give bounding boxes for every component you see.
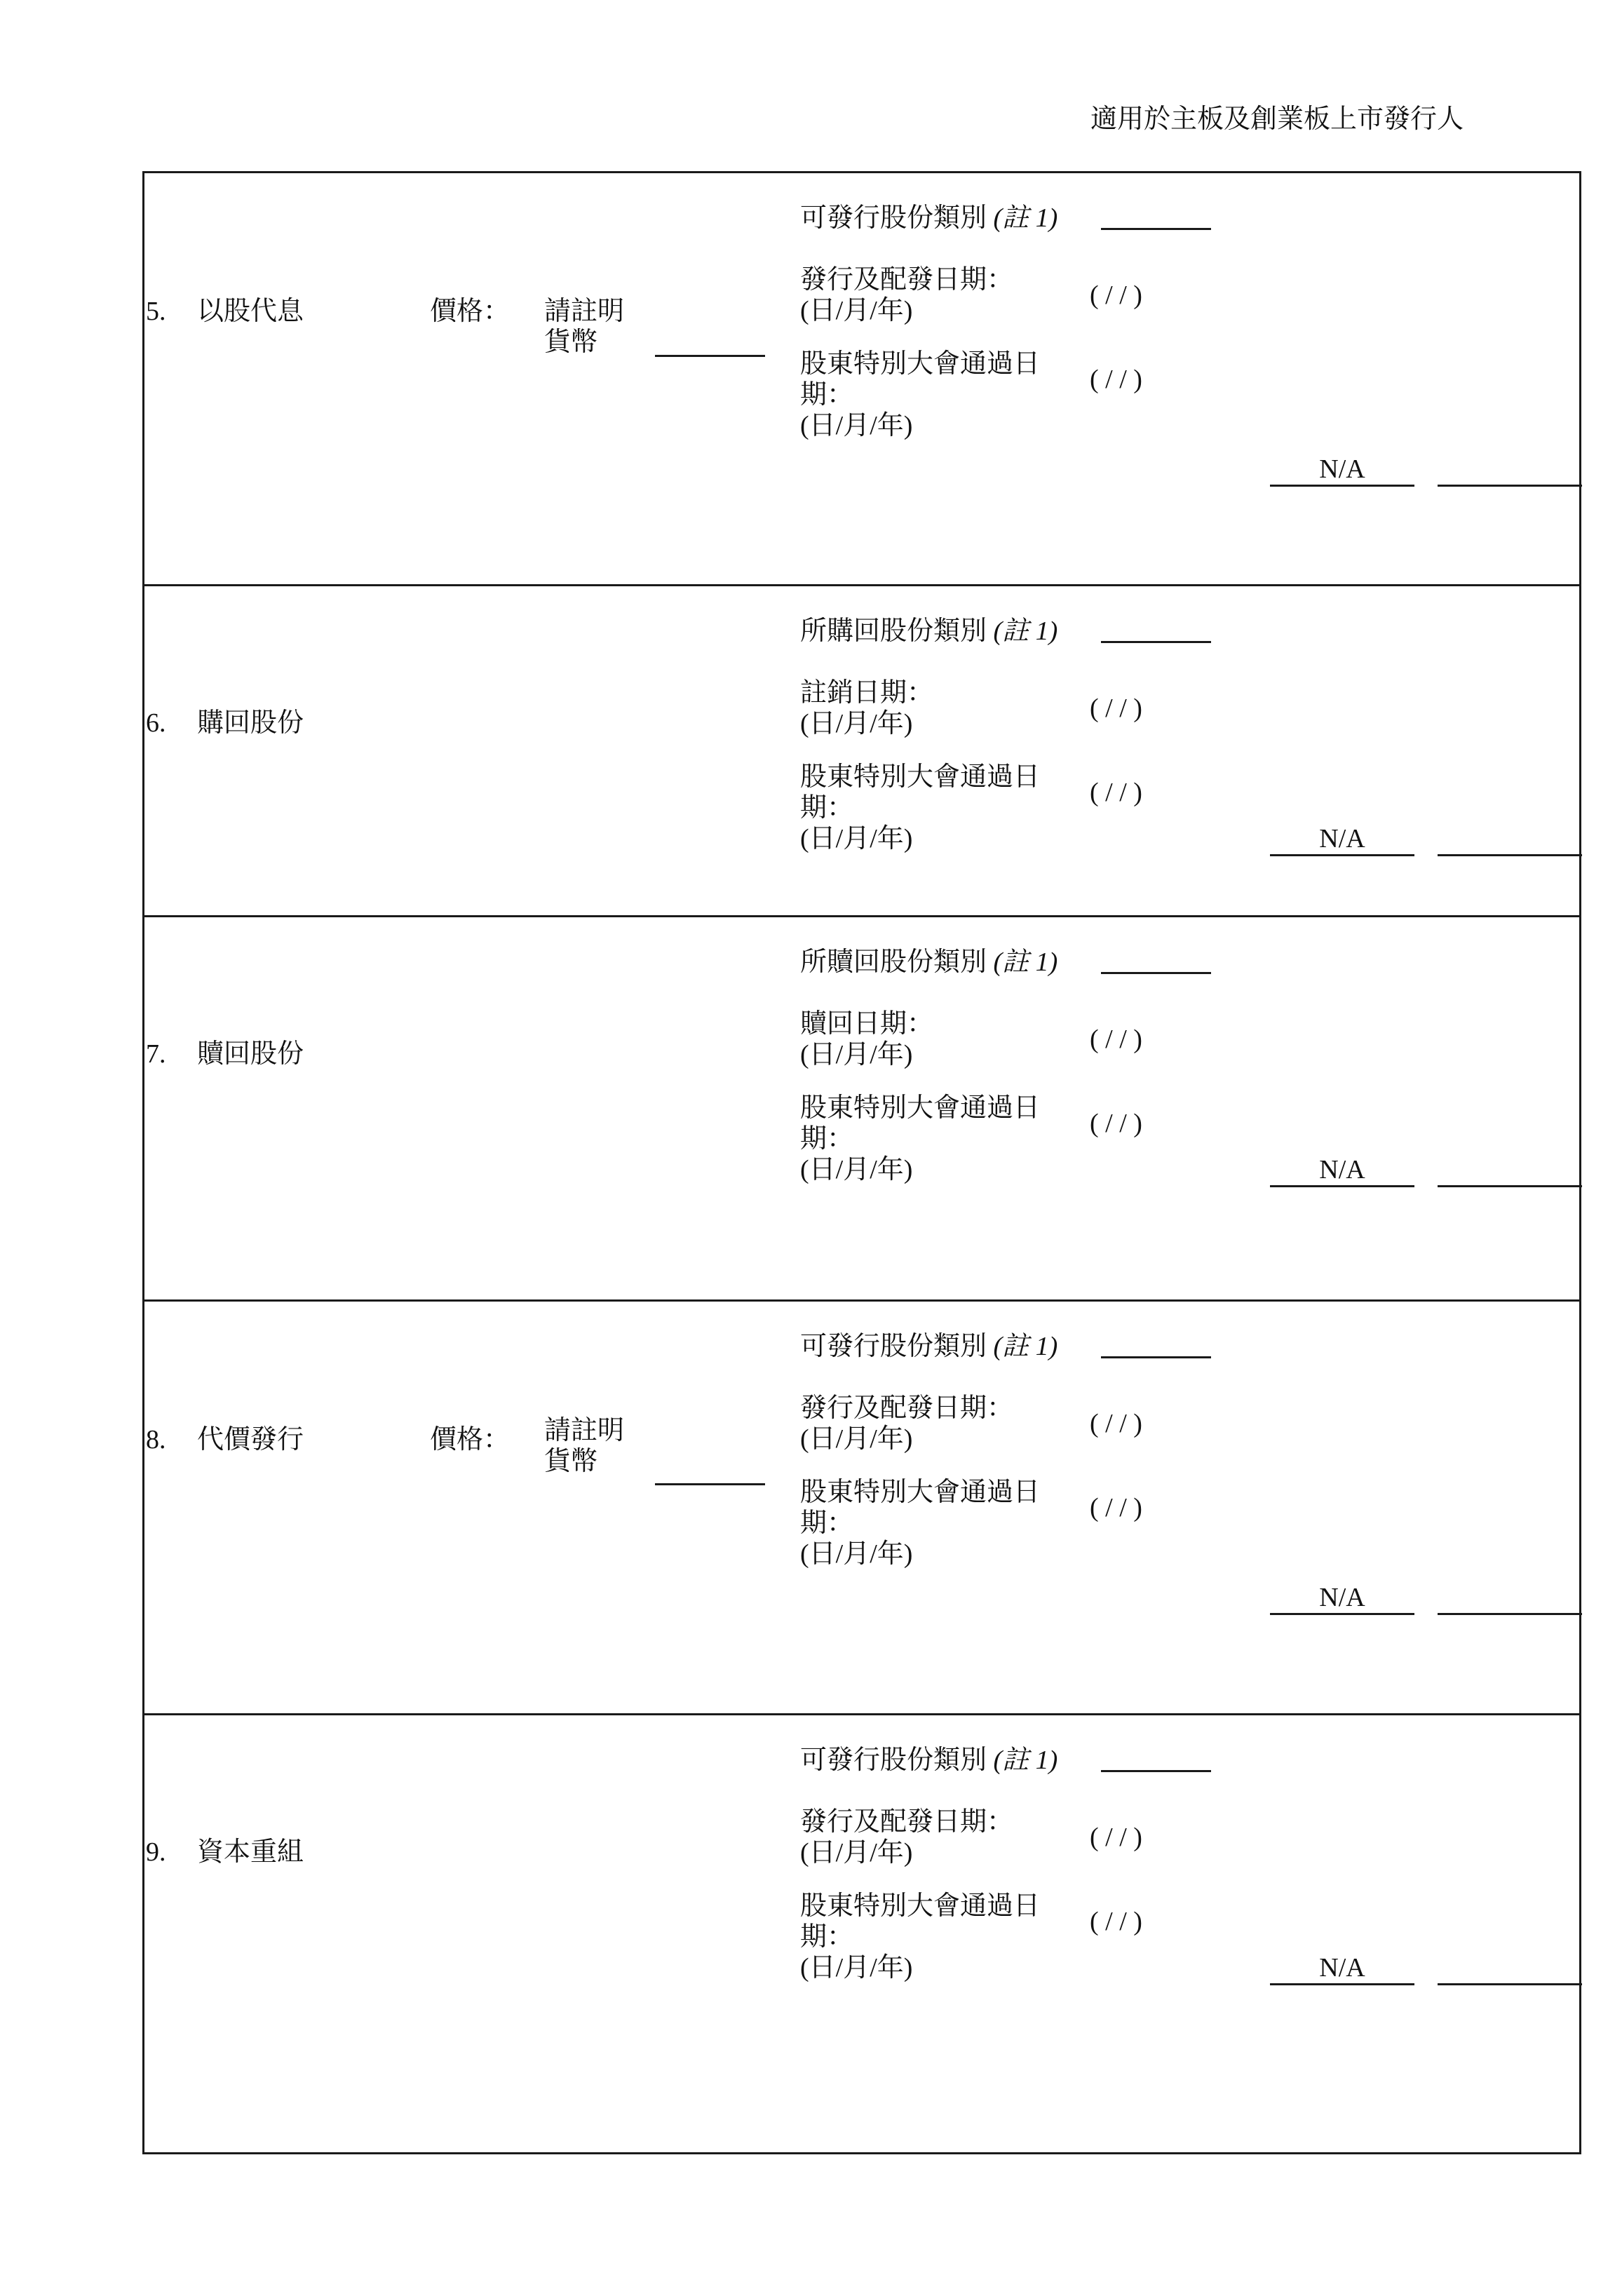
blank-input-line[interactable] <box>1438 854 1582 856</box>
row-name: 代價發行 <box>197 1424 304 1455</box>
price-input-line[interactable] <box>655 355 765 357</box>
table-row-consideration-issue: 8. 代價發行 價格： 請註明貨幣 可發行股份類別 (註 1) 發行及配發日期：… <box>144 1302 1579 1715</box>
date2-input[interactable]: ( / / ) <box>1090 364 1142 395</box>
date1-input[interactable]: ( / / ) <box>1090 693 1142 724</box>
na-value: N/A <box>1270 1952 1414 1983</box>
class-label: 可發行股份類別 (註 1) <box>800 203 1057 234</box>
row-number: 8. <box>146 1424 166 1455</box>
note-ref: (註 1) <box>994 1745 1058 1775</box>
date1-format: (日/月/年) <box>800 1039 912 1070</box>
date1-label: 發行及配發日期： <box>800 264 1013 295</box>
date2-label: 股東特別大會通過日期： <box>800 1093 1067 1154</box>
price-label: 價格： <box>430 1424 510 1455</box>
na-value: N/A <box>1270 1154 1414 1185</box>
row-name: 資本重組 <box>197 1837 304 1868</box>
class-input-line[interactable] <box>1101 641 1211 643</box>
table-row-capital-reorganisation: 9. 資本重組 可發行股份類別 (註 1) 發行及配發日期： (日/月/年) (… <box>144 1715 1579 2154</box>
date1-format: (日/月/年) <box>800 1424 912 1454</box>
date2-format: (日/月/年) <box>800 1952 912 1983</box>
na-line <box>1270 1613 1414 1615</box>
date2-input[interactable]: ( / / ) <box>1090 777 1142 808</box>
date1-format: (日/月/年) <box>800 295 912 326</box>
blank-input-line[interactable] <box>1438 1613 1582 1615</box>
date1-label: 發行及配發日期： <box>800 1807 1013 1837</box>
class-input-line[interactable] <box>1101 228 1211 230</box>
date2-format: (日/月/年) <box>800 1539 912 1569</box>
row-number: 5. <box>146 296 166 327</box>
date2-format: (日/月/年) <box>800 410 912 441</box>
date1-input[interactable]: ( / / ) <box>1090 1822 1142 1853</box>
blank-input-line[interactable] <box>1438 1983 1582 1985</box>
na-line <box>1270 485 1414 487</box>
row-number: 6. <box>146 708 166 738</box>
date2-label: 股東特別大會通過日期： <box>800 1477 1067 1539</box>
date2-label: 股東特別大會通過日期： <box>800 349 1067 410</box>
currency-label: 請註明貨幣 <box>544 296 635 358</box>
na-line <box>1270 1983 1414 1985</box>
class-input-line[interactable] <box>1101 972 1211 974</box>
table-row-scrip-dividend: 5. 以股代息 價格： 請註明貨幣 可發行股份類別 (註 1) 發行及配發日期：… <box>144 173 1579 586</box>
applicability-note: 適用於主板及創業板上市發行人 <box>1090 97 1464 135</box>
class-label: 所購回股份類別 (註 1) <box>800 616 1057 647</box>
date2-label: 股東特別大會通過日期： <box>800 762 1067 823</box>
row-number: 9. <box>146 1837 166 1868</box>
date1-label: 贖回日期： <box>800 1008 933 1039</box>
date1-input[interactable]: ( / / ) <box>1090 1408 1142 1439</box>
class-label: 可發行股份類別 (註 1) <box>800 1331 1057 1362</box>
date2-format: (日/月/年) <box>800 1154 912 1185</box>
date2-input[interactable]: ( / / ) <box>1090 1492 1142 1523</box>
date2-format: (日/月/年) <box>800 823 912 854</box>
na-value: N/A <box>1270 454 1414 485</box>
date1-label: 註銷日期： <box>800 677 933 708</box>
row-name: 贖回股份 <box>197 1039 304 1069</box>
note-ref: (註 1) <box>994 203 1058 233</box>
price-input-line[interactable] <box>655 1483 765 1485</box>
date2-input[interactable]: ( / / ) <box>1090 1108 1142 1139</box>
class-label: 可發行股份類別 (註 1) <box>800 1745 1057 1776</box>
blank-input-line[interactable] <box>1438 1185 1582 1187</box>
price-label: 價格： <box>430 296 510 327</box>
date1-format: (日/月/年) <box>800 708 912 739</box>
na-line <box>1270 854 1414 856</box>
date1-input[interactable]: ( / / ) <box>1090 1024 1142 1055</box>
row-number: 7. <box>146 1039 166 1069</box>
class-input-line[interactable] <box>1101 1770 1211 1772</box>
date1-format: (日/月/年) <box>800 1837 912 1868</box>
class-input-line[interactable] <box>1101 1356 1211 1358</box>
na-line <box>1270 1185 1414 1187</box>
na-value: N/A <box>1270 823 1414 854</box>
note-ref: (註 1) <box>994 616 1058 646</box>
date1-input[interactable]: ( / / ) <box>1090 280 1142 311</box>
date2-label: 股東特別大會通過日期： <box>800 1891 1067 1952</box>
class-label: 所贖回股份類別 (註 1) <box>800 947 1057 978</box>
table-row-share-redemption: 7. 贖回股份 所贖回股份類別 (註 1) 贖回日期： (日/月/年) ( / … <box>144 917 1579 1302</box>
note-ref: (註 1) <box>994 1332 1058 1361</box>
note-ref: (註 1) <box>994 947 1058 977</box>
currency-label: 請註明貨幣 <box>544 1415 635 1477</box>
row-name: 購回股份 <box>197 708 304 738</box>
date1-label: 發行及配發日期： <box>800 1393 1013 1424</box>
na-value: N/A <box>1270 1582 1414 1613</box>
row-name: 以股代息 <box>197 296 304 327</box>
table-row-share-repurchase: 6. 購回股份 所購回股份類別 (註 1) 註銷日期： (日/月/年) ( / … <box>144 586 1579 917</box>
date2-input[interactable]: ( / / ) <box>1090 1906 1142 1937</box>
blank-input-line[interactable] <box>1438 485 1582 487</box>
share-movement-table: 5. 以股代息 價格： 請註明貨幣 可發行股份類別 (註 1) 發行及配發日期：… <box>142 171 1581 2154</box>
